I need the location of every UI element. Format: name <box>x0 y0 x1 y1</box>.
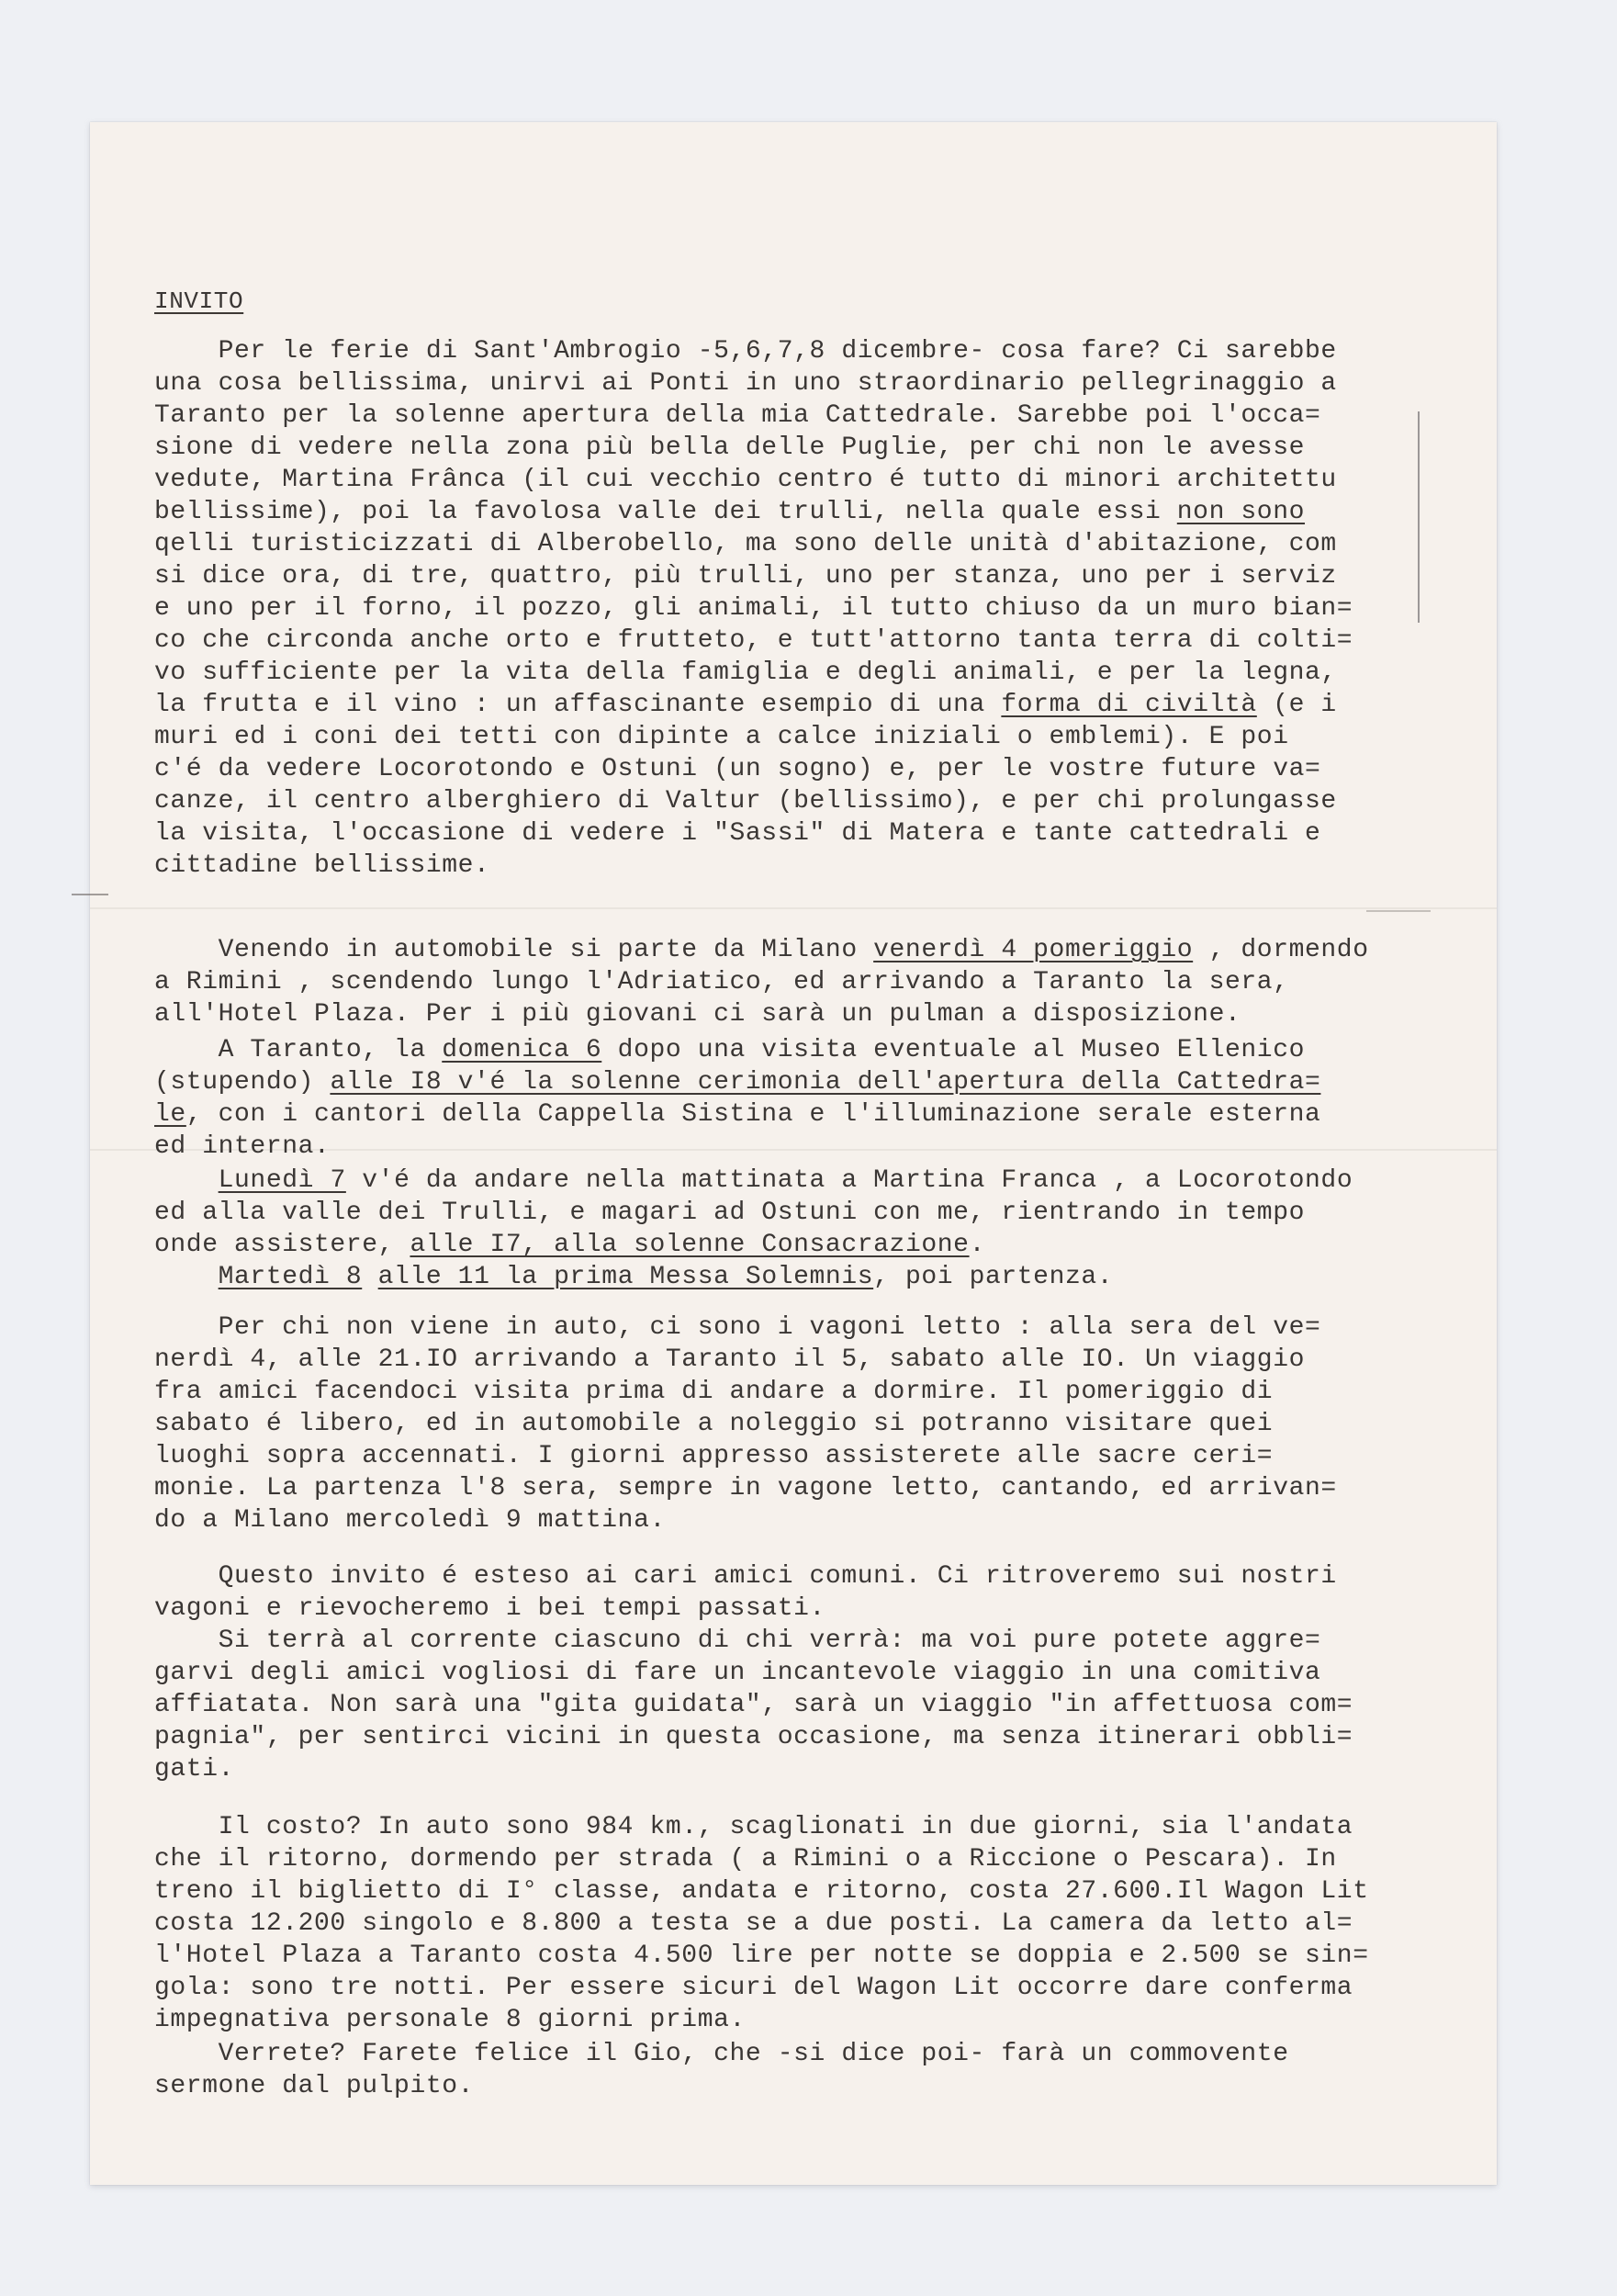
text-line: vedute, Martina Frânca (il cui vecchio c… <box>154 465 1337 496</box>
text-line: qelli turisticizzati di Alberobello, ma … <box>154 529 1337 560</box>
text-line: gati. <box>154 1754 234 1785</box>
text-line: luoghi sopra accennati. I giorni appress… <box>154 1441 1273 1472</box>
text-line: sabato é libero, ed in automobile a nole… <box>154 1409 1273 1440</box>
separator-mark-right <box>1366 910 1431 912</box>
text-line: una cosa bellissima, unirvi ai Ponti in … <box>154 368 1337 400</box>
text-line: co che circonda anche orto e frutteto, e… <box>154 625 1353 657</box>
text-line: si dice ora, di tre, quattro, più trulli… <box>154 561 1337 592</box>
text-line: costa 12.200 singolo e 8.800 a testa se … <box>154 1908 1353 1940</box>
text-line: do a Milano mercoledì 9 mattina. <box>154 1505 666 1536</box>
text-line: impegnativa personale 8 giorni prima. <box>154 2005 746 2036</box>
text-line: Per le ferie di Sant'Ambrogio -5,6,7,8 d… <box>154 336 1337 367</box>
text-line: Questo invito é esteso ai cari amici com… <box>154 1561 1337 1593</box>
separator-mark-left <box>72 894 108 895</box>
text-line: all'Hotel Plaza. Per i più giovani ci sa… <box>154 999 1241 1030</box>
text-line: A Taranto, la domenica 6 dopo una visita… <box>154 1035 1305 1066</box>
text-line: Taranto per la solenne apertura della mi… <box>154 400 1320 432</box>
text-line: Venendo in automobile si parte da Milano… <box>154 935 1369 966</box>
text-line: le, con i cantori della Cappella Sistina… <box>154 1099 1320 1131</box>
text-line: Martedì 8 alle 11 la prima Messa Solemni… <box>154 1262 1113 1293</box>
paper-fold-line <box>90 907 1497 909</box>
text-line: (stupendo) alle I8 v'é la solenne cerimo… <box>154 1067 1320 1098</box>
text-line: Per chi non viene in auto, ci sono i vag… <box>154 1312 1320 1344</box>
text-line: c'é da vedere Locorotondo e Ostuni (un s… <box>154 754 1320 785</box>
text-line: sione di vedere nella zona più bella del… <box>154 433 1305 464</box>
text-line: Si terrà al corrente ciascuno di chi ver… <box>154 1626 1320 1657</box>
text-line: ed interna. <box>154 1131 330 1163</box>
letter-title: INVITO <box>154 286 243 317</box>
text-line: fra amici facendoci visita prima di anda… <box>154 1377 1273 1408</box>
text-line: sermone dal pulpito. <box>154 2071 474 2102</box>
text-line: la frutta e il vino : un affascinante es… <box>154 690 1337 721</box>
text-line: affiatata. Non sarà una "gita guidata", … <box>154 1690 1353 1721</box>
text-line: garvi degli amici vogliosi di fare un in… <box>154 1658 1320 1689</box>
text-line: la visita, l'occasione di vedere i "Sass… <box>154 818 1320 850</box>
text-line: gola: sono tre notti. Per essere sicuri … <box>154 1973 1353 2004</box>
typewritten-letter-page: INVITO Per le ferie di Sant'Ambrogio -5,… <box>90 122 1497 2185</box>
text-line: l'Hotel Plaza a Taranto costa 4.500 lire… <box>154 1941 1369 1972</box>
text-line: Lunedì 7 v'é da andare nella mattinata a… <box>154 1165 1353 1197</box>
text-line: monie. La partenza l'8 sera, sempre in v… <box>154 1473 1337 1504</box>
text-line: canze, il centro alberghiero di Valtur (… <box>154 786 1337 817</box>
text-line: vagoni e rievocheremo i bei tempi passat… <box>154 1593 825 1625</box>
text-line: nerdì 4, alle 21.IO arrivando a Taranto … <box>154 1345 1305 1376</box>
text-line: che il ritorno, dormendo per strada ( a … <box>154 1844 1337 1875</box>
text-line: treno il biglietto di I° classe, andata … <box>154 1876 1369 1908</box>
text-line: ed alla valle dei Trulli, e magari ad Os… <box>154 1198 1305 1229</box>
text-line: cittadine bellissime. <box>154 850 489 882</box>
text-line: Verrete? Farete felice il Gio, che -si d… <box>154 2039 1289 2070</box>
text-line: vo sufficiente per la vita della famigli… <box>154 658 1337 689</box>
text-line: a Rimini , scendendo lungo l'Adriatico, … <box>154 967 1289 998</box>
text-line: muri ed i coni dei tetti con dipinte a c… <box>154 722 1289 753</box>
text-line: onde assistere, alle I7, alla solenne Co… <box>154 1230 985 1261</box>
text-line: e uno per il forno, il pozzo, gli animal… <box>154 593 1353 625</box>
text-line: bellissime), poi la favolosa valle dei t… <box>154 497 1305 528</box>
text-line: Il costo? In auto sono 984 km., scaglion… <box>154 1812 1353 1843</box>
text-line: pagnia", per sentirci vicini in questa o… <box>154 1722 1353 1753</box>
margin-vertical-mark <box>1418 411 1420 623</box>
